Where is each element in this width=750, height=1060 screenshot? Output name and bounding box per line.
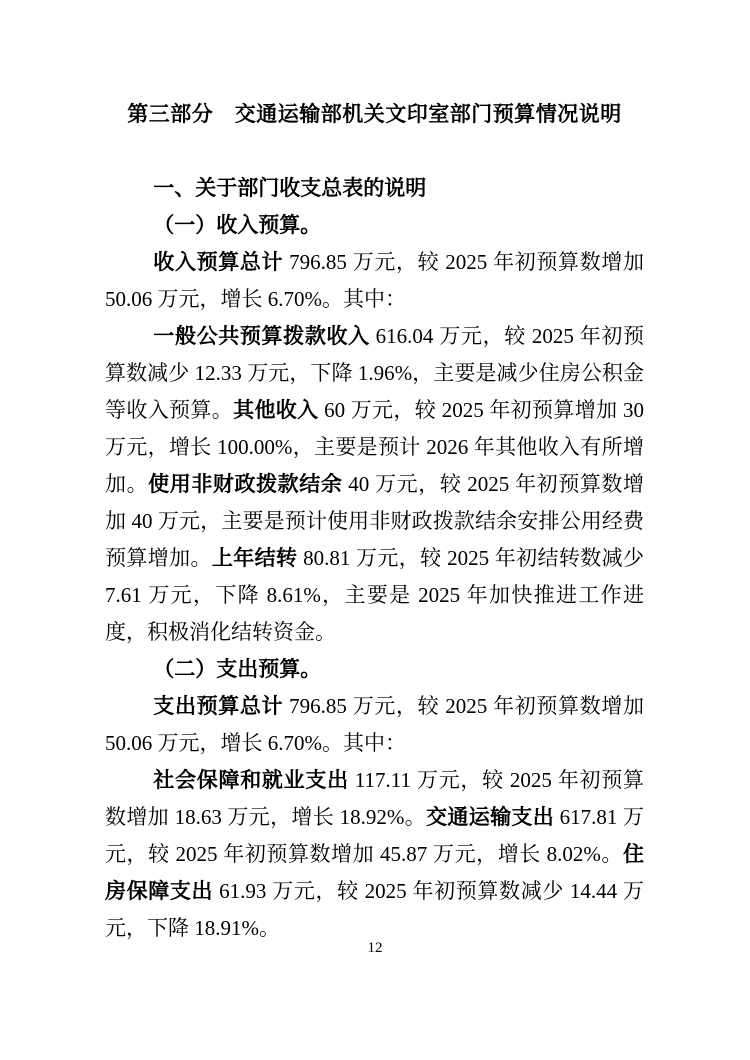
- social-security-expense-label: 社会保障和就业支出: [153, 768, 349, 792]
- section-heading: 一、关于部门收支总表的说明: [105, 170, 644, 207]
- page-title: 第三部分 交通运输部机关文印室部门预算情况说明: [105, 96, 644, 133]
- expense-detail-paragraph: 社会保障和就业支出 117.11 万元，较 2025 年初预算数增加 18.63…: [105, 762, 644, 947]
- income-total-label: 收入预算总计: [153, 250, 283, 274]
- general-budget-income-label: 一般公共预算拨款收入: [153, 324, 369, 348]
- expense-total-label: 支出预算总计: [153, 694, 283, 718]
- income-subsection-heading: （一）收入预算。: [105, 207, 644, 244]
- document-page: 第三部分 交通运输部机关文印室部门预算情况说明 一、关于部门收支总表的说明 （一…: [0, 0, 750, 1060]
- income-detail-paragraph: 一般公共预算拨款收入 616.04 万元，较 2025 年初预算数减少 12.3…: [105, 318, 644, 651]
- expense-subsection-heading: （二）支出预算。: [105, 651, 644, 688]
- other-income-label: 其他收入: [233, 398, 318, 422]
- expense-total-paragraph: 支出预算总计 796.85 万元，较 2025 年初预算数增加 50.06 万元…: [105, 688, 644, 762]
- page-number: 12: [0, 934, 750, 962]
- non-fiscal-balance-label: 使用非财政拨款结余: [148, 472, 342, 496]
- carryover-label: 上年结转: [212, 546, 298, 570]
- income-total-paragraph: 收入预算总计 796.85 万元，较 2025 年初预算数增加 50.06 万元…: [105, 244, 644, 318]
- document-body: 一、关于部门收支总表的说明 （一）收入预算。 收入预算总计 796.85 万元，…: [105, 170, 644, 947]
- transport-expense-label: 交通运输支出: [426, 805, 554, 829]
